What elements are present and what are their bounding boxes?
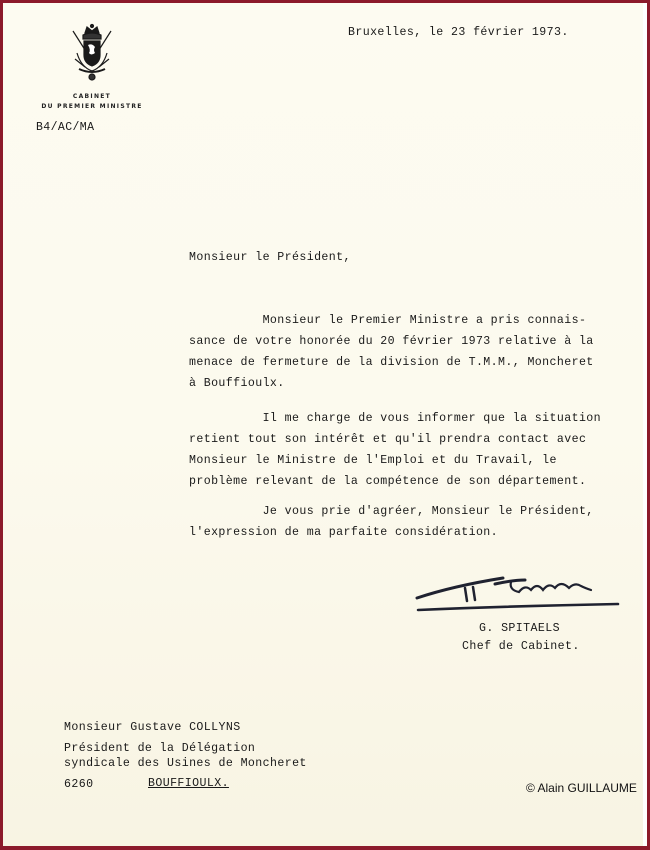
signer-title: Chef de Cabinet. (462, 640, 580, 653)
recipient-role-line-2: syndicale des Usines de Moncheret (64, 756, 307, 771)
letterhead-title: CABINET DU PREMIER MINISTRE (37, 92, 147, 112)
recipient-name: Monsieur Gustave COLLYNS (64, 720, 241, 735)
photo-frame: CABINET DU PREMIER MINISTRE B4/AC/MA Bru… (3, 3, 647, 846)
letterhead-line-1: CABINET (37, 92, 147, 102)
handwritten-signature-icon (413, 568, 623, 618)
recipient-role-line-1: Président de la Délégation (64, 741, 255, 756)
letter-paper: CABINET DU PREMIER MINISTRE B4/AC/MA Bru… (3, 3, 643, 846)
reference-code: B4/AC/MA (36, 121, 94, 134)
body-paragraph-1: Monsieur le Premier Ministre a pris conn… (189, 310, 639, 394)
signer-name: G. SPITAELS (479, 622, 560, 635)
body-paragraph-2: Il me charge de vous informer que la sit… (189, 408, 639, 492)
date-line: Bruxelles, le 23 février 1973. (348, 26, 569, 39)
copyright-watermark: © Alain GUILLAUME (526, 781, 637, 795)
salutation: Monsieur le Président, (189, 251, 351, 264)
recipient-city: BOUFFIOULX. (148, 777, 229, 790)
belgian-coat-of-arms-icon (67, 23, 117, 85)
recipient-postal-code: 6260 (64, 777, 93, 792)
closing-paragraph: Je vous prie d'agréer, Monsieur le Prési… (189, 501, 639, 543)
letterhead-line-2: DU PREMIER MINISTRE (37, 102, 147, 112)
